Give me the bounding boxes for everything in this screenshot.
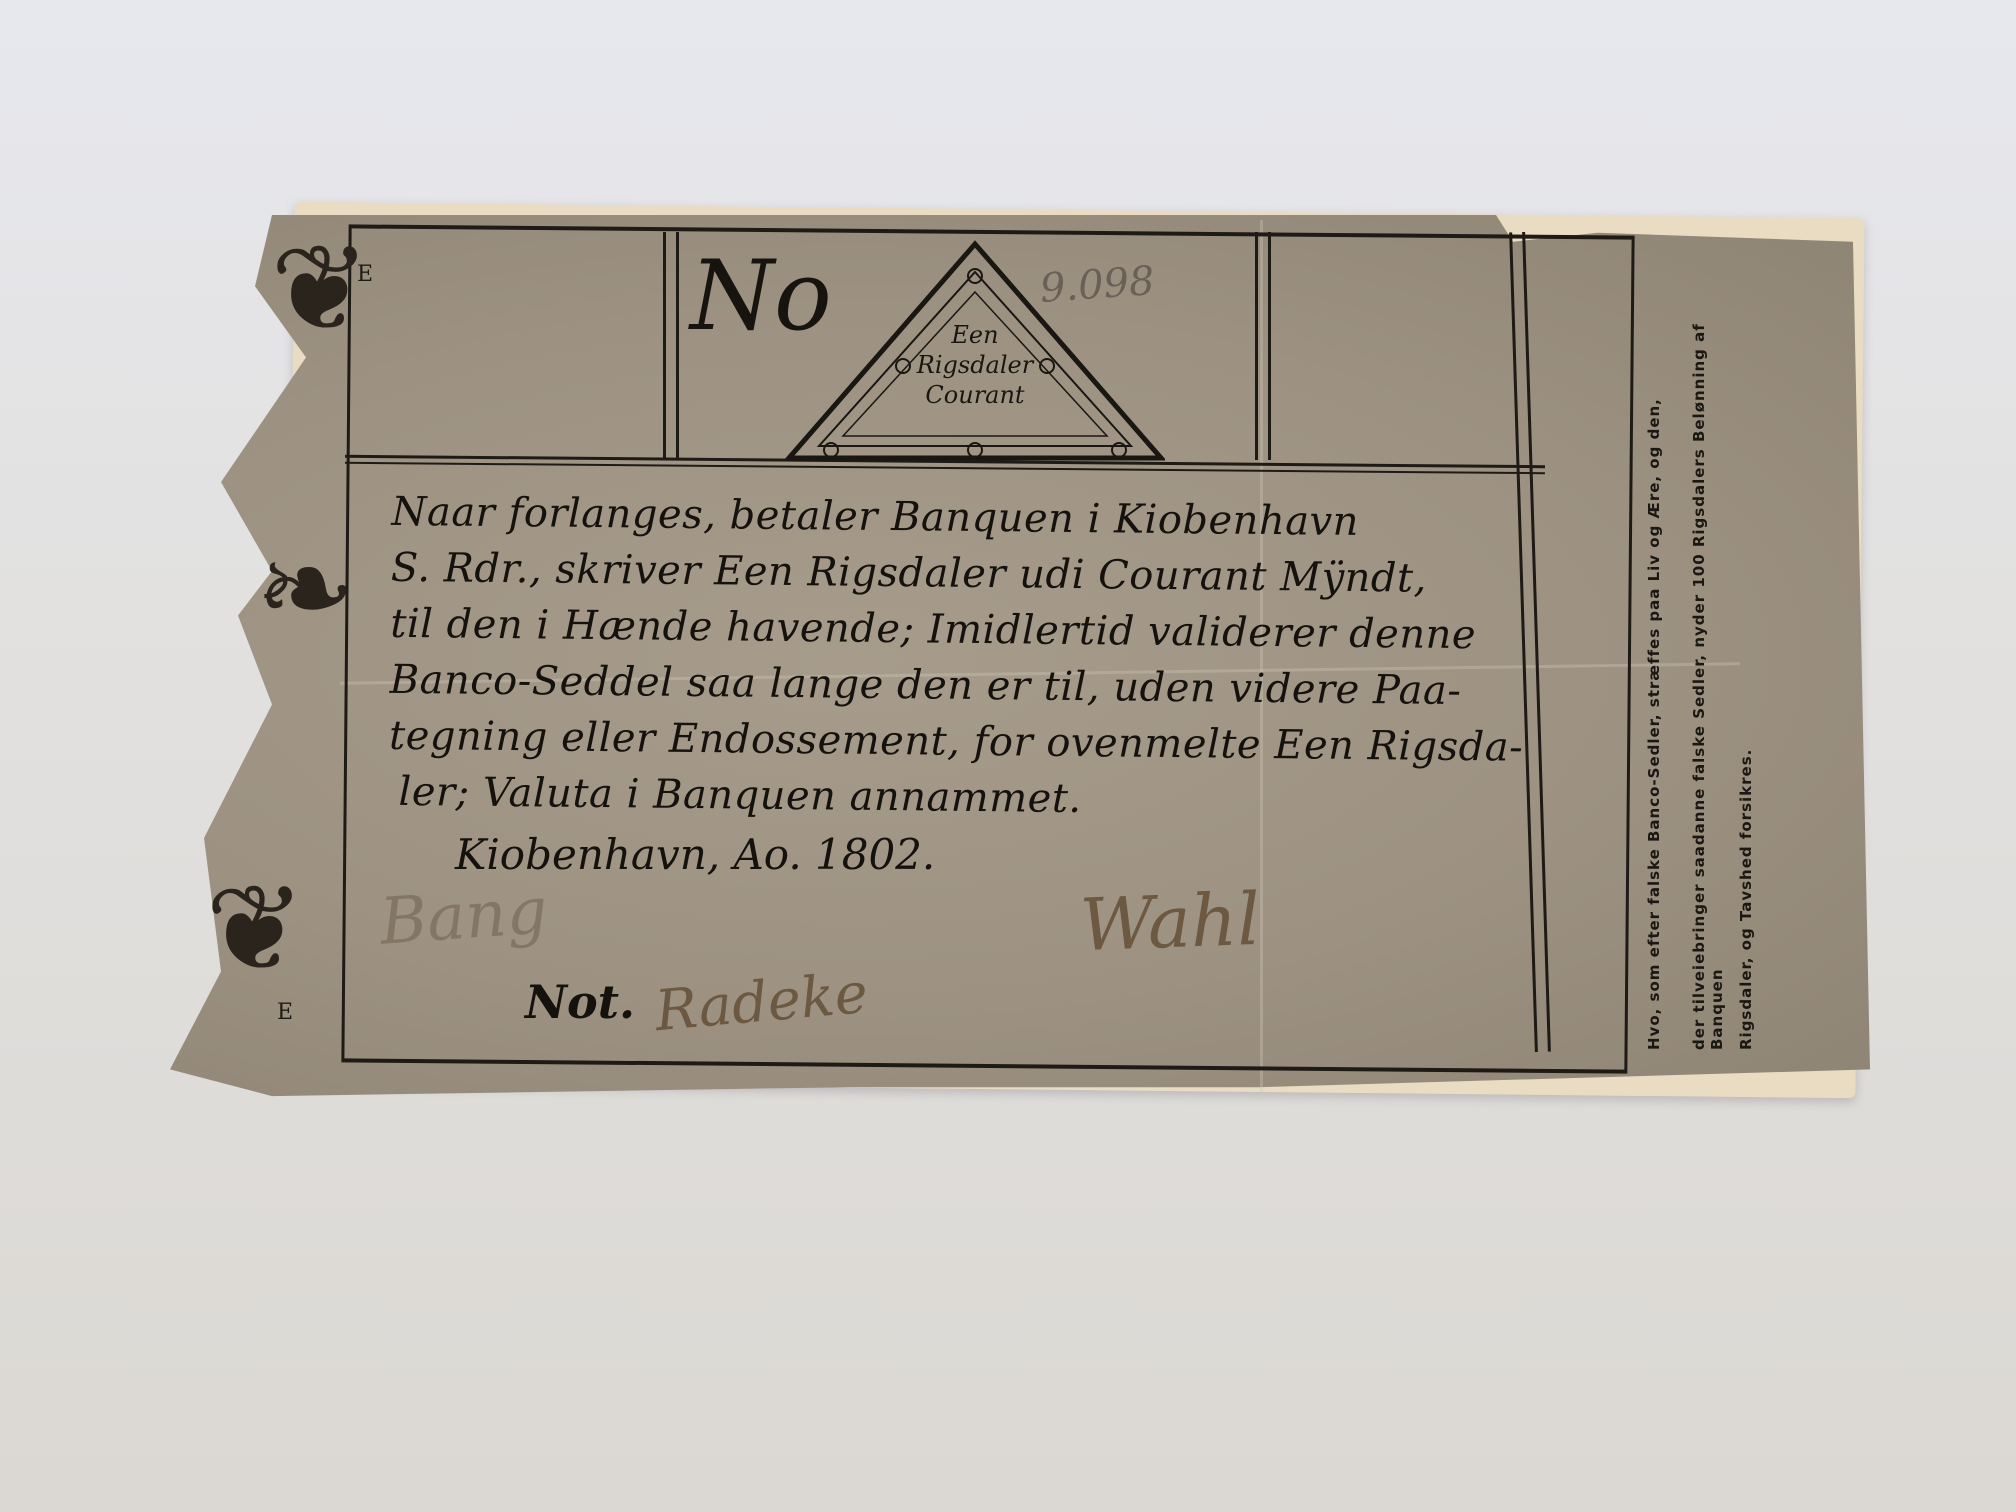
corner-letter-top: E [357,262,373,287]
corner-letter-bottom: E [277,1000,293,1025]
margin-warning-text: der tilveiebringer saadanne falske Sedle… [1690,250,1726,1050]
acanthus-ornament-middle-icon: ❧ [255,530,356,650]
denomination-line: Courant [880,380,1070,410]
signature: Wahl [1079,877,1262,967]
signature: Bang [378,874,550,959]
acanthus-ornament-top-icon: ❦ [270,230,371,350]
header-pillar-left [663,232,679,460]
denomination-text: Een Rigsdaler Courant [880,320,1070,410]
place-date-line: Kiobenhavn, Ao. 1802. [455,830,935,879]
margin-warning-text: Hvo, som efter falske Banco-Sedler, stræ… [1645,250,1663,1050]
acanthus-ornament-bottom-icon: ❦ [205,870,306,990]
header-pillar-right [1255,232,1271,460]
notary-label: Not. [525,975,635,1029]
denomination-line: Rigsdaler [880,350,1070,380]
margin-warning-text: Rigsdaler, og Tavshed forsikres. [1737,250,1755,1050]
promissory-text: Naar forlanges, betaler Banquen i Kioben… [388,484,1571,832]
denomination-line: Een [880,320,1070,350]
